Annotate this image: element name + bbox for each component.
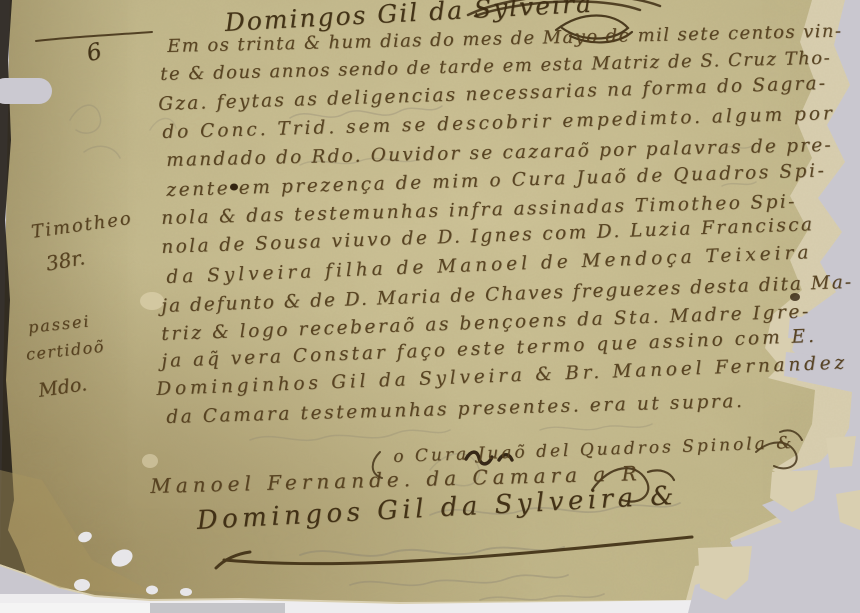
margin-note-name: Timotheo: [30, 208, 134, 243]
manuscript-scan: Domingos Gil da Sylveira 6 Em os trinta …: [0, 0, 860, 613]
body-line-14: da Camara testemunhas presentes. era ut …: [166, 391, 745, 428]
margin-page-number: 6: [84, 38, 104, 67]
margin-note-certidao: certidoõ: [25, 337, 106, 364]
margin-note-name-abbr: 38r.: [44, 245, 87, 275]
margin-note-mdo: Mdo.: [37, 373, 88, 402]
margin-note-passei: passei: [27, 311, 91, 336]
handwriting-layer: Domingos Gil da Sylveira 6 Em os trinta …: [0, 0, 860, 613]
